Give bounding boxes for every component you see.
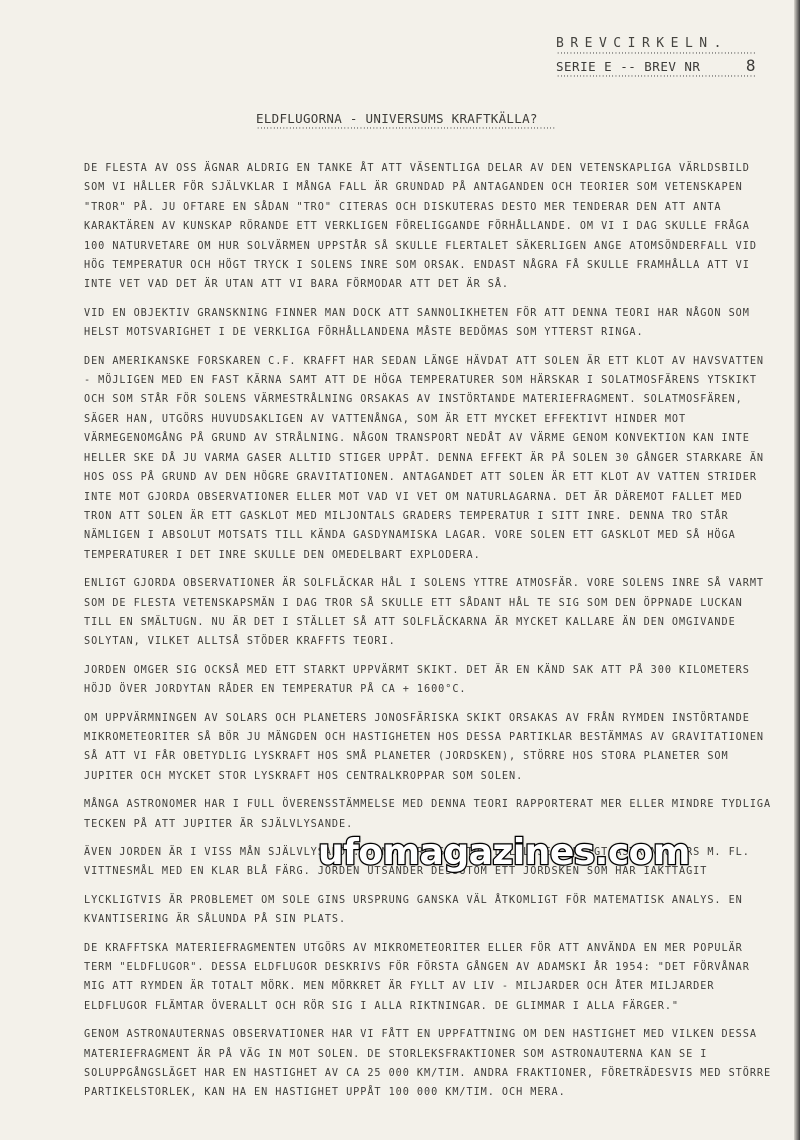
- publication-name: BREVCIRKELN.: [556, 36, 756, 51]
- watermark-text: ufomagazines.com: [318, 832, 690, 873]
- paragraph: Många astronomer har i full överensstämm…: [84, 795, 774, 834]
- letter-number: 8: [746, 59, 756, 74]
- article-title: ELDFLUGORNA - UNIVERSUMS KRAFTKÄLLA?: [256, 111, 596, 126]
- title-underline: ''''''''''''''''''''''''''''''''''''''''…: [256, 127, 556, 133]
- series-line: SERIE E -- BREV NR 8: [556, 59, 756, 74]
- paragraph: Vid en objektiv granskning finner man do…: [84, 304, 774, 343]
- series-label: SERIE E -- BREV NR: [556, 59, 700, 74]
- paragraph: Den amerikanske forskaren C.F. Krafft ha…: [84, 352, 774, 565]
- scan-page-edge: [794, 0, 800, 1140]
- letterhead: BREVCIRKELN. '''''''''''''''''''''''''''…: [556, 36, 756, 81]
- dotted-rule: ''''''''''''''''''''''''''''''''''''''''…: [556, 75, 756, 81]
- paragraph: De flesta av oss ägnar aldrig en tanke å…: [84, 159, 774, 295]
- paragraph: Om uppvärmningen av solars och planeters…: [84, 709, 774, 787]
- article-body: De flesta av oss ägnar aldrig en tanke å…: [84, 159, 774, 1112]
- article-heading: ELDFLUGORNA - UNIVERSUMS KRAFTKÄLLA? '''…: [256, 111, 596, 133]
- paragraph: Lyckligtvis är problemet om sole gins ur…: [84, 891, 774, 930]
- paragraph: Jorden omger sig också med ett starkt up…: [84, 661, 774, 700]
- paragraph: Genom astronauternas observationer har v…: [84, 1025, 774, 1103]
- paragraph: De krafftska materiefragmenten utgörs av…: [84, 939, 774, 1017]
- dotted-rule: ''''''''''''''''''''''''''''''''''''''''…: [556, 52, 756, 58]
- paragraph: Enligt gjorda observationer är solfläcka…: [84, 574, 774, 652]
